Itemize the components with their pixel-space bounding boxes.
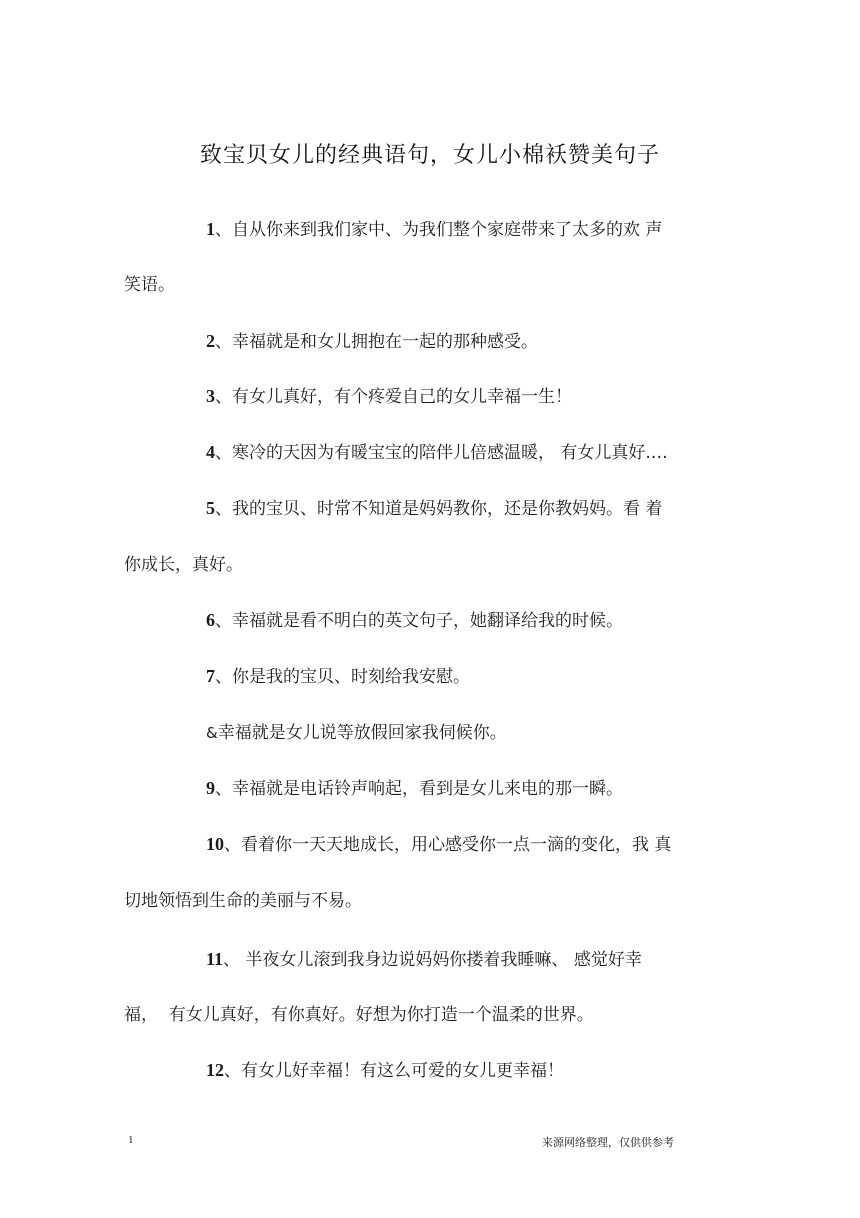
- document-title: 致宝贝女儿的经典语句，女儿小棉袄赞美句子: [0, 138, 860, 169]
- item-number: 7: [206, 666, 215, 686]
- item-text: 我的宝贝、时常不知道是妈妈教你，还是你教妈妈。看 着: [232, 499, 662, 519]
- item-continuation: 你成长，真好。: [124, 550, 243, 575]
- list-item: 2、幸福就是和女儿拥抱在一起的那种感受。: [206, 327, 538, 352]
- item-text: 有女儿好幸福！有这么可爱的女儿更幸福！: [241, 1061, 564, 1081]
- item-text: 自从你来到我们家中、为我们整个家庭带来了太多的欢 声: [232, 220, 662, 240]
- item-text: 半夜女儿滚到我身边说妈妈你搂着我睡嘛、 感觉好幸: [240, 950, 642, 970]
- list-item: 1、自从你来到我们家中、为我们整个家庭带来了太多的欢 声: [206, 215, 662, 240]
- item-continuation: 福， 有女儿真好，有你真好。好想为你打造一个温柔的世界。: [124, 1000, 594, 1025]
- list-item: &幸福就是女儿说等放假回家我伺候你。: [206, 718, 507, 743]
- item-text: 有女儿真好，有个疼爱自己的女儿幸福一生！: [232, 387, 572, 407]
- item-continuation: 笑语。: [124, 270, 175, 295]
- list-item: 10、看着你一天天地成长，用心感受你一点一滴的变化，我 真: [206, 830, 671, 855]
- item-text: 寒冷的天因为有暖宝宝的陪伴儿倍感温暖， 有女儿真好.…: [232, 443, 668, 463]
- item-number: 11: [206, 949, 223, 969]
- item-text: 看着你一天天地成长，用心感受你一点一滴的变化，我 真: [241, 835, 671, 855]
- item-number: 1: [206, 219, 215, 239]
- item-number: 4: [206, 442, 215, 462]
- list-item: 6、幸福就是看不明白的英文句子，她翻译给我的时候。: [206, 606, 623, 631]
- item-number: 3: [206, 386, 215, 406]
- list-item: 3、有女儿真好，有个疼爱自己的女儿幸福一生！: [206, 382, 572, 407]
- footer-note: 来源网络整理，仅供供参考: [542, 1134, 674, 1150]
- item-number: 2: [206, 331, 215, 351]
- item-text: 幸福就是电话铃声响起，看到是女儿来电的那一瞬。: [232, 779, 623, 799]
- item-text: 你是我的宝贝、时刻给我安慰。: [232, 667, 470, 687]
- page-number: 1: [128, 1134, 134, 1146]
- list-item: 5、我的宝贝、时常不知道是妈妈教你，还是你教妈妈。看 着: [206, 494, 662, 519]
- item-text: 幸福就是看不明白的英文句子，她翻译给我的时候。: [232, 611, 623, 631]
- item-number: 12: [206, 1060, 224, 1080]
- item-text: 幸福就是和女儿拥抱在一起的那种感受。: [232, 332, 538, 352]
- list-item: 9、幸福就是电话铃声响起，看到是女儿来电的那一瞬。: [206, 774, 623, 799]
- item-number: 5: [206, 498, 215, 518]
- item-continuation: 切地领悟到生命的美丽与不易。: [124, 886, 362, 911]
- item-text: 幸福就是女儿说等放假回家我伺候你。: [218, 723, 507, 743]
- item-number: &: [206, 724, 218, 742]
- list-item: 12、有女儿好幸福！有这么可爱的女儿更幸福！: [206, 1056, 564, 1081]
- list-item: 11、 半夜女儿滚到我身边说妈妈你搂着我睡嘛、 感觉好幸: [206, 945, 642, 970]
- item-number: 10: [206, 834, 224, 854]
- list-item: 4、寒冷的天因为有暖宝宝的陪伴儿倍感温暖， 有女儿真好.…: [206, 438, 668, 463]
- item-number: 9: [206, 778, 215, 798]
- list-item: 7、你是我的宝贝、时刻给我安慰。: [206, 662, 470, 687]
- item-number: 6: [206, 610, 215, 630]
